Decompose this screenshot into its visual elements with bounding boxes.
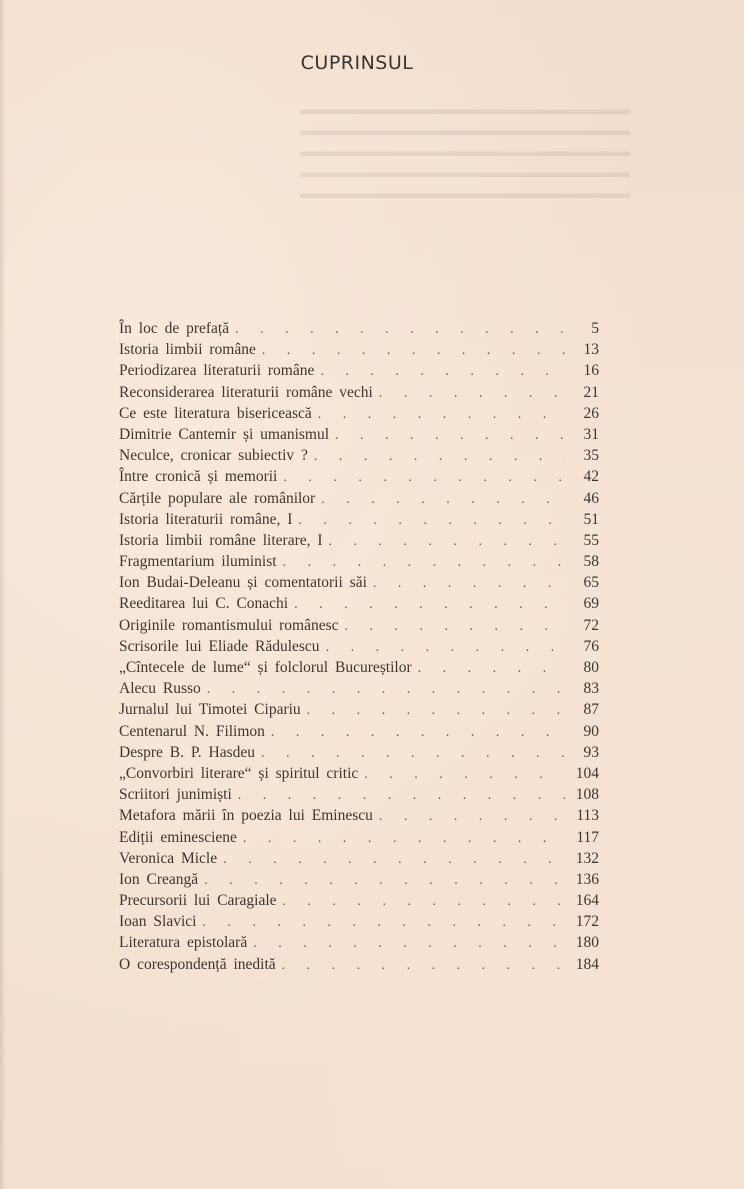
toc-entry-title: Dimitrie Cantemir și umanismul xyxy=(119,424,329,445)
dot-leader xyxy=(204,870,565,891)
toc-entry-title: Reconsiderarea literaturii române vechi xyxy=(119,382,373,403)
dot-leader xyxy=(223,849,565,870)
toc-entry: Ion Creangă136 xyxy=(119,869,599,890)
book-page: ▬▬▬▬▬▬▬▬▬▬▬▬▬▬▬▬▬▬▬▬▬▬▬▬▬▬▬▬▬▬▬▬▬▬▬▬▬▬▬▬… xyxy=(0,0,744,1189)
toc-entry-title: „Cîntecele de lume“ și folclorul Bucureș… xyxy=(119,657,412,678)
toc-entry-page-number: 136 xyxy=(571,869,599,890)
toc-entry-page-number: 83 xyxy=(571,678,599,699)
toc-entry: Dimitrie Cantemir și umanismul31 xyxy=(119,424,599,445)
toc-entry-title: În loc de prefață xyxy=(119,318,229,339)
toc-entry: Istoria limbii române13 xyxy=(119,339,599,360)
toc-entry-page-number: 117 xyxy=(571,827,599,848)
toc-entry-page-number: 21 xyxy=(571,382,599,403)
toc-entry: Periodizarea literaturii române16 xyxy=(119,360,599,381)
toc-entry-page-number: 90 xyxy=(571,721,599,742)
dot-leader xyxy=(364,764,565,785)
toc-entry: Jurnalul lui Timotei Cipariu87 xyxy=(119,699,599,720)
toc-entry-page-number: 42 xyxy=(571,466,599,487)
toc-entry-title: Scrisorile lui Eliade Rădulescu xyxy=(119,636,320,657)
toc-entry-page-number: 87 xyxy=(571,699,599,720)
toc-entry-title: Despre B. P. Hasdeu xyxy=(119,742,255,763)
toc-entry-title: Istoria limbii române xyxy=(119,339,256,360)
dot-leader xyxy=(321,489,565,510)
toc-entry-page-number: 58 xyxy=(571,551,599,572)
dot-leader xyxy=(335,425,565,446)
toc-entry: O corespondență inedită184 xyxy=(119,954,599,975)
show-through-text: ▬▬▬▬▬▬▬▬▬▬▬▬▬▬▬▬▬▬▬▬▬▬▬▬▬▬▬▬▬▬▬▬▬▬▬▬▬▬▬▬… xyxy=(300,100,630,205)
page-title: CUPRINSUL xyxy=(0,52,714,74)
toc-entry-title: Originile romantismului românesc xyxy=(119,615,339,636)
toc-entry-page-number: 31 xyxy=(571,424,599,445)
toc-entry-page-number: 132 xyxy=(571,848,599,869)
toc-entry-page-number: 5 xyxy=(571,318,599,339)
toc-entry-title: Ion Budai-Deleanu și comentatorii săi xyxy=(119,572,367,593)
dot-leader xyxy=(262,340,565,361)
toc-entry-title: Precursorii lui Caragiale xyxy=(119,890,277,911)
toc-entry-page-number: 172 xyxy=(571,911,599,932)
toc-entry: Între cronică și memorii42 xyxy=(119,466,599,487)
dot-leader xyxy=(202,912,565,933)
toc-entry-page-number: 51 xyxy=(571,509,599,530)
toc-entry-title: Periodizarea literaturii române xyxy=(119,360,314,381)
dot-leader xyxy=(345,616,565,637)
toc-entry-title: Între cronică și memorii xyxy=(119,466,277,487)
toc-entry-page-number: 16 xyxy=(571,360,599,381)
dot-leader xyxy=(320,361,565,382)
toc-entry: Ion Budai-Deleanu și comentatorii săi65 xyxy=(119,572,599,593)
toc-entry: Ce este literatura bisericească26 xyxy=(119,403,599,424)
toc-entry-page-number: 180 xyxy=(571,932,599,953)
toc-entry-title: Ion Creangă xyxy=(119,869,198,890)
toc-entry-page-number: 13 xyxy=(571,339,599,360)
dot-leader xyxy=(379,383,565,404)
toc-entry-title: Metafora mării în poezia lui Eminescu xyxy=(119,805,373,826)
dot-leader xyxy=(235,319,565,340)
toc-entry: În loc de prefață5 xyxy=(119,318,599,339)
toc-entry-page-number: 184 xyxy=(571,954,599,975)
dot-leader xyxy=(253,933,565,954)
toc-entry-page-number: 65 xyxy=(571,572,599,593)
toc-entry-page-number: 46 xyxy=(571,488,599,509)
dot-leader xyxy=(283,891,565,912)
toc-entry-title: Reeditarea lui C. Conachi xyxy=(119,593,288,614)
dot-leader xyxy=(261,743,565,764)
toc-entry-title: Fragmentarium iluminist xyxy=(119,551,277,572)
toc-entry-page-number: 108 xyxy=(571,784,599,805)
toc-entry: Istoria limbii române literare, I55 xyxy=(119,530,599,551)
toc-entry: Veronica Micle132 xyxy=(119,848,599,869)
toc-entry-page-number: 55 xyxy=(571,530,599,551)
toc-entry-title: Cărțile populare ale românilor xyxy=(119,488,315,509)
dot-leader xyxy=(243,828,565,849)
toc-entry: Centenarul N. Filimon90 xyxy=(119,721,599,742)
dot-leader xyxy=(314,446,565,467)
toc-entry-title: Ce este literatura bisericească xyxy=(119,403,312,424)
toc-entry-page-number: 93 xyxy=(571,742,599,763)
toc-entry-title: Veronica Micle xyxy=(119,848,217,869)
dot-leader xyxy=(379,806,565,827)
dot-leader xyxy=(294,594,565,615)
toc-entry: Scriitori junimiști108 xyxy=(119,784,599,805)
toc-entry-title: „Convorbiri literare“ și spiritul critic xyxy=(119,763,358,784)
dot-leader xyxy=(298,510,565,531)
dot-leader xyxy=(329,531,565,552)
toc-entry: Cărțile populare ale românilor46 xyxy=(119,488,599,509)
dot-leader xyxy=(318,404,565,425)
page-edge-shadow xyxy=(0,0,6,1189)
toc-entry-page-number: 72 xyxy=(571,615,599,636)
toc-entry-title: Literatura epistolară xyxy=(119,932,247,953)
toc-entry: Istoria literaturii române, I51 xyxy=(119,509,599,530)
toc-entry: „Cîntecele de lume“ și folclorul Bucureș… xyxy=(119,657,599,678)
toc-entry-title: Alecu Russo xyxy=(119,678,201,699)
toc-entry: Precursorii lui Caragiale164 xyxy=(119,890,599,911)
toc-entry: Reconsiderarea literaturii române vechi2… xyxy=(119,382,599,403)
toc-entry: Fragmentarium iluminist58 xyxy=(119,551,599,572)
toc-entry-page-number: 35 xyxy=(571,445,599,466)
dot-leader xyxy=(283,467,565,488)
toc-entry-title: Istoria limbii române literare, I xyxy=(119,530,323,551)
dot-leader xyxy=(307,700,565,721)
dot-leader xyxy=(207,679,565,700)
toc-entry: Reeditarea lui C. Conachi69 xyxy=(119,593,599,614)
toc-entry: Neculce, cronicar subiectiv ?35 xyxy=(119,445,599,466)
dot-leader xyxy=(373,573,565,594)
dot-leader xyxy=(283,552,565,573)
toc-entry-title: Ediții eminesciene xyxy=(119,827,237,848)
toc-entry-page-number: 104 xyxy=(571,763,599,784)
toc-entry: Despre B. P. Hasdeu93 xyxy=(119,742,599,763)
toc-entry-page-number: 69 xyxy=(571,593,599,614)
toc-entry-title: Jurnalul lui Timotei Cipariu xyxy=(119,699,301,720)
toc-entry: „Convorbiri literare“ și spiritul critic… xyxy=(119,763,599,784)
table-of-contents: În loc de prefață5Istoria limbii române1… xyxy=(119,318,599,975)
toc-entry-title: Scriitori junimiști xyxy=(119,784,232,805)
dot-leader xyxy=(282,955,565,976)
toc-entry-page-number: 113 xyxy=(571,805,599,826)
toc-entry-page-number: 26 xyxy=(571,403,599,424)
toc-entry: Ioan Slavici172 xyxy=(119,911,599,932)
toc-entry-page-number: 164 xyxy=(571,890,599,911)
toc-entry-title: Ioan Slavici xyxy=(119,911,196,932)
dot-leader xyxy=(418,658,565,679)
toc-entry-title: Neculce, cronicar subiectiv ? xyxy=(119,445,308,466)
dot-leader xyxy=(271,722,565,743)
toc-entry-title: O corespondență inedită xyxy=(119,954,276,975)
toc-entry: Originile romantismului românesc72 xyxy=(119,615,599,636)
toc-entry: Ediții eminesciene117 xyxy=(119,827,599,848)
toc-entry: Scrisorile lui Eliade Rădulescu76 xyxy=(119,636,599,657)
toc-entry-page-number: 76 xyxy=(571,636,599,657)
toc-entry-title: Istoria literaturii române, I xyxy=(119,509,292,530)
toc-entry-title: Centenarul N. Filimon xyxy=(119,721,265,742)
toc-entry: Metafora mării în poezia lui Eminescu113 xyxy=(119,805,599,826)
toc-entry: Alecu Russo83 xyxy=(119,678,599,699)
dot-leader xyxy=(238,785,565,806)
toc-entry: Literatura epistolară180 xyxy=(119,932,599,953)
dot-leader xyxy=(326,637,565,658)
toc-entry-page-number: 80 xyxy=(571,657,599,678)
